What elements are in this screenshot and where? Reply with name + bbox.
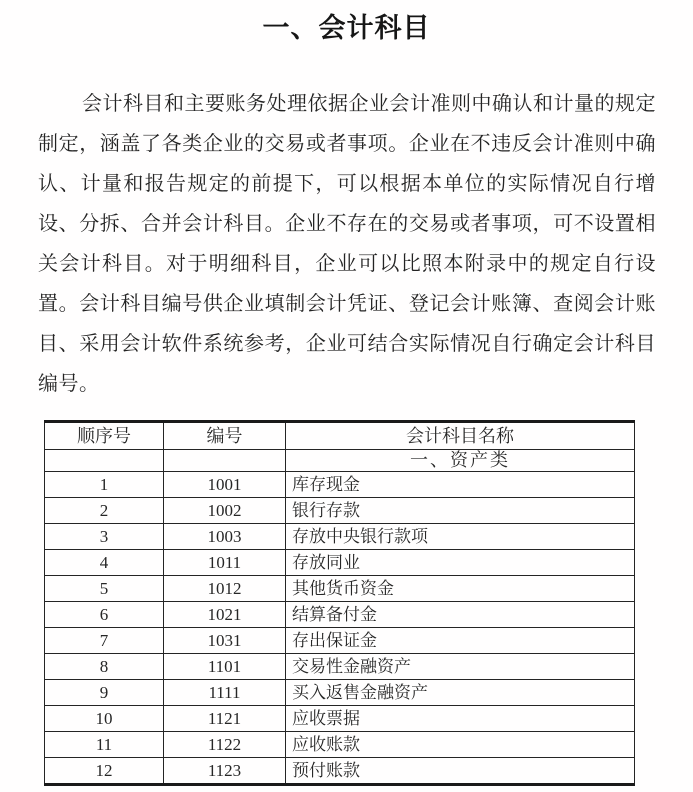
- cell-name: 存放中央银行款项: [286, 524, 635, 550]
- cell-code: 1111: [164, 680, 286, 706]
- cell-code: 1021: [164, 602, 286, 628]
- cell-code: 1031: [164, 628, 286, 654]
- table-row: 11 1122 应收账款: [45, 732, 635, 758]
- cell-seq: 8: [45, 654, 164, 680]
- table-row: 9 1111 买入返售金融资产: [45, 680, 635, 706]
- cell-seq: 7: [45, 628, 164, 654]
- table-row: 3 1003 存放中央银行款项: [45, 524, 635, 550]
- cell-code: 1003: [164, 524, 286, 550]
- cell-seq: 12: [45, 758, 164, 785]
- table-row: 1 1001 库存现金: [45, 472, 635, 498]
- subjects-table: 顺序号 编号 会计科目名称 一、资产类 1 1001 库存现金 2 1002 银…: [44, 420, 635, 786]
- cell-code: 1121: [164, 706, 286, 732]
- table-row: 5 1012 其他货币资金: [45, 576, 635, 602]
- table-row: 12 1123 预付账款: [45, 758, 635, 785]
- cell-seq: 4: [45, 550, 164, 576]
- page-title: 一、会计科目: [0, 6, 693, 45]
- cell-name: 结算备付金: [286, 602, 635, 628]
- body-paragraph: 会计科目和主要账务处理依据企业会计准则中确认和计量的规定制定，涵盖了各类企业的交…: [38, 84, 656, 404]
- cell-seq: 1: [45, 472, 164, 498]
- cell-name: 预付账款: [286, 758, 635, 785]
- cell-name: 库存现金: [286, 472, 635, 498]
- document-page: 一、会计科目 会计科目和主要账务处理依据企业会计准则中确认和计量的规定制定，涵盖…: [0, 0, 693, 792]
- table-row: 7 1031 存出保证金: [45, 628, 635, 654]
- table-row: 2 1002 银行存款: [45, 498, 635, 524]
- cell-code: 1011: [164, 550, 286, 576]
- table-header-row: 顺序号 编号 会计科目名称: [45, 422, 635, 450]
- cell-name: 买入返售金融资产: [286, 680, 635, 706]
- cell-name: 应收账款: [286, 732, 635, 758]
- cell-seq: 9: [45, 680, 164, 706]
- section-row: 一、资产类: [45, 450, 635, 472]
- cell-seq: 3: [45, 524, 164, 550]
- cell-name: 银行存款: [286, 498, 635, 524]
- header-code: 编号: [164, 422, 286, 450]
- table-row: 8 1101 交易性金融资产: [45, 654, 635, 680]
- cell-name: 交易性金融资产: [286, 654, 635, 680]
- cell-code: 1002: [164, 498, 286, 524]
- cell-seq: 5: [45, 576, 164, 602]
- cell-name: 应收票据: [286, 706, 635, 732]
- cell-code: 1123: [164, 758, 286, 785]
- cell-code: 1101: [164, 654, 286, 680]
- cell-name: 其他货币资金: [286, 576, 635, 602]
- cell-code: 1122: [164, 732, 286, 758]
- table-row: 6 1021 结算备付金: [45, 602, 635, 628]
- cell-name: 存出保证金: [286, 628, 635, 654]
- cell-name: 存放同业: [286, 550, 635, 576]
- section-empty-seq: [45, 450, 164, 472]
- cell-code: 1012: [164, 576, 286, 602]
- cell-seq: 11: [45, 732, 164, 758]
- table-row: 4 1011 存放同业: [45, 550, 635, 576]
- cell-seq: 10: [45, 706, 164, 732]
- header-seq: 顺序号: [45, 422, 164, 450]
- table-row: 10 1121 应收票据: [45, 706, 635, 732]
- cell-code: 1001: [164, 472, 286, 498]
- section-label: 一、资产类: [286, 450, 635, 472]
- header-name: 会计科目名称: [286, 422, 635, 450]
- cell-seq: 6: [45, 602, 164, 628]
- cell-seq: 2: [45, 498, 164, 524]
- section-empty-code: [164, 450, 286, 472]
